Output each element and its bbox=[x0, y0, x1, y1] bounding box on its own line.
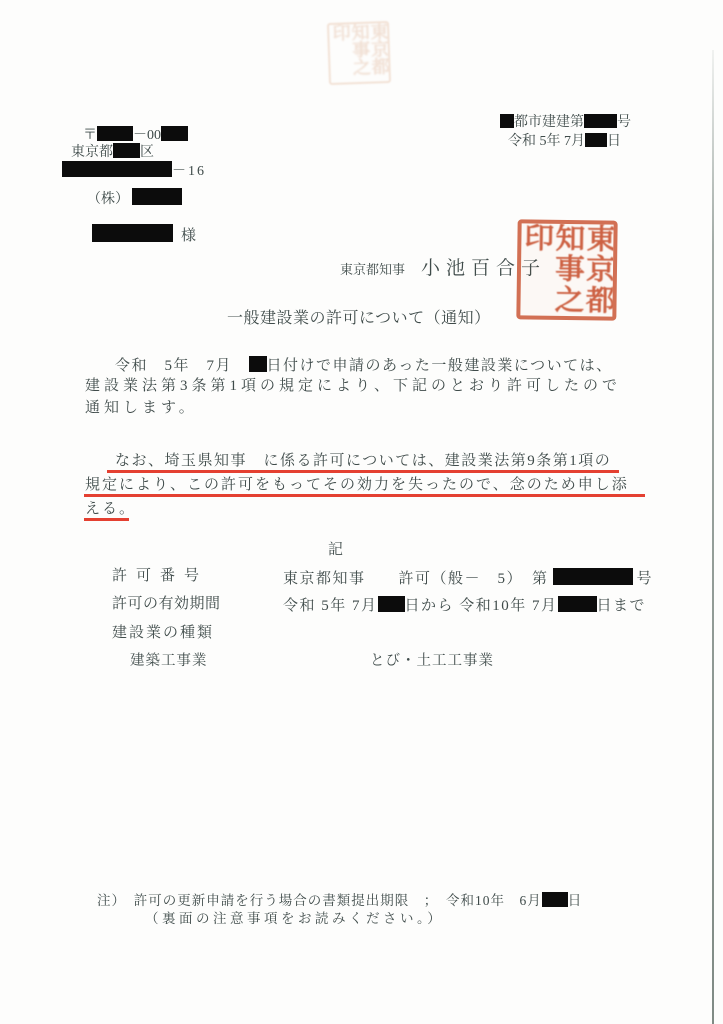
redaction-box bbox=[249, 356, 267, 372]
faint-red-stamp-icon: 東京都知事之印 bbox=[327, 21, 391, 85]
scanned-permit-notice-document: 東京都知事之印 都市建建第号 令和 5年 7月日 〒－00 東京都区 －16 （… bbox=[0, 0, 723, 1024]
validity-period-label: 許可の有効期間 bbox=[112, 596, 221, 613]
faint-stamp-text: 東京都知事之印 bbox=[330, 22, 389, 83]
body-p1l1-post: 日付けで申請のあった一般建設業については、 bbox=[267, 358, 613, 374]
body-paragraph1-line3: 通知します。 bbox=[85, 400, 198, 417]
red-underline bbox=[107, 470, 619, 473]
note-line-2: （裏面の注意事項をお読みください。） bbox=[145, 911, 444, 927]
postal-mid: －00 bbox=[133, 128, 161, 143]
business-type-label: 建設業の種類 bbox=[112, 625, 214, 642]
doc-number-suffix: 号 bbox=[617, 115, 631, 130]
permit-number-value: 東京都知事 許可（般－ 5） 第号 bbox=[283, 568, 653, 588]
issue-date-text: 令和 5年 7月 bbox=[508, 134, 585, 149]
business-type-2: とび・土工工事業 bbox=[370, 653, 494, 670]
redaction-box bbox=[378, 596, 405, 612]
body-paragraph2-line3: える。 bbox=[85, 501, 136, 518]
company-line: （株） bbox=[87, 188, 182, 208]
redaction-box bbox=[97, 126, 133, 141]
postal-code-line: 〒－00 bbox=[83, 126, 188, 144]
permit-number-pre: 東京都知事 許可（般－ 5） 第 bbox=[283, 571, 549, 587]
permit-number-label: 許可番号 bbox=[112, 568, 208, 585]
validity-from-pre: 令和 5年 7月 bbox=[283, 598, 378, 614]
business-type-1: 建築工事業 bbox=[130, 653, 208, 670]
redaction-box bbox=[161, 126, 188, 141]
doc-number-text: 都市建建第 bbox=[514, 115, 584, 130]
company-prefix: （株） bbox=[87, 192, 129, 207]
honorific: 様 bbox=[181, 228, 196, 244]
redaction-box bbox=[62, 161, 172, 177]
note-l1-suffix: 日 bbox=[568, 893, 583, 908]
redaction-box bbox=[585, 133, 607, 147]
issuer-line: 東京都知事 小池百合子 bbox=[340, 258, 546, 280]
red-underline bbox=[84, 494, 645, 497]
redaction-box bbox=[558, 596, 597, 612]
redaction-box bbox=[113, 143, 140, 158]
address-ward: 区 bbox=[140, 145, 154, 160]
redaction-box bbox=[542, 892, 568, 907]
address-number: －16 bbox=[172, 164, 206, 179]
redaction-box bbox=[132, 188, 182, 205]
note-l1-pre: 注） 許可の更新申請を行う場合の書類提出期限 ； 令和10年 6月 bbox=[97, 893, 542, 908]
address-line-2: －16 bbox=[62, 161, 206, 180]
address-line-1: 東京都区 bbox=[71, 143, 154, 161]
governor-seal-stamp-icon: 東京都知事之印 bbox=[516, 219, 617, 320]
record-marker: 記 bbox=[328, 542, 343, 559]
redaction-box bbox=[500, 114, 514, 128]
permit-number-suffix: 号 bbox=[637, 571, 654, 587]
redaction-box bbox=[553, 568, 633, 585]
issue-date-line: 令和 5年 7月日 bbox=[508, 133, 621, 150]
body-paragraph2-line2: 規定により、この許可をもってその効力を失ったので、念のため申し添 bbox=[85, 477, 629, 494]
scan-edge-artifact bbox=[712, 50, 714, 1024]
issuer-title: 東京都知事 bbox=[340, 263, 405, 278]
doc-number-line: 都市建建第号 bbox=[500, 114, 631, 131]
body-paragraph1-line1: 令和 5年 7月 日付けで申請のあった一般建設業については、 bbox=[115, 356, 613, 375]
body-paragraph2-line1: なお、埼玉県知事 に係る許可については、建設業法第9条第1項の bbox=[115, 453, 611, 470]
postal-mark: 〒 bbox=[83, 128, 97, 143]
validity-suffix: 日まで bbox=[597, 598, 647, 614]
document-title: 一般建設業の許可について（通知） bbox=[227, 310, 491, 328]
addressee-line: 様 bbox=[92, 224, 196, 245]
body-paragraph1-line2: 建設業法第3条第1項の規定により、下記のとおり許可したので bbox=[85, 378, 621, 395]
body-p1l1-pre: 令和 5年 7月 bbox=[115, 358, 249, 374]
address-prefecture: 東京都 bbox=[71, 145, 113, 160]
redaction-box bbox=[92, 224, 173, 242]
seal-text: 東京都知事之印 bbox=[520, 222, 615, 317]
issue-date-suffix: 日 bbox=[607, 134, 621, 149]
redaction-box bbox=[584, 114, 617, 128]
validity-mid: 日から 令和10年 7月 bbox=[405, 598, 558, 614]
note-line-1: 注） 許可の更新申請を行う場合の書類提出期限 ； 令和10年 6月日 bbox=[97, 892, 582, 909]
red-underline bbox=[84, 518, 129, 521]
validity-period-value: 令和 5年 7月日から 令和10年 7月日まで bbox=[283, 596, 646, 615]
